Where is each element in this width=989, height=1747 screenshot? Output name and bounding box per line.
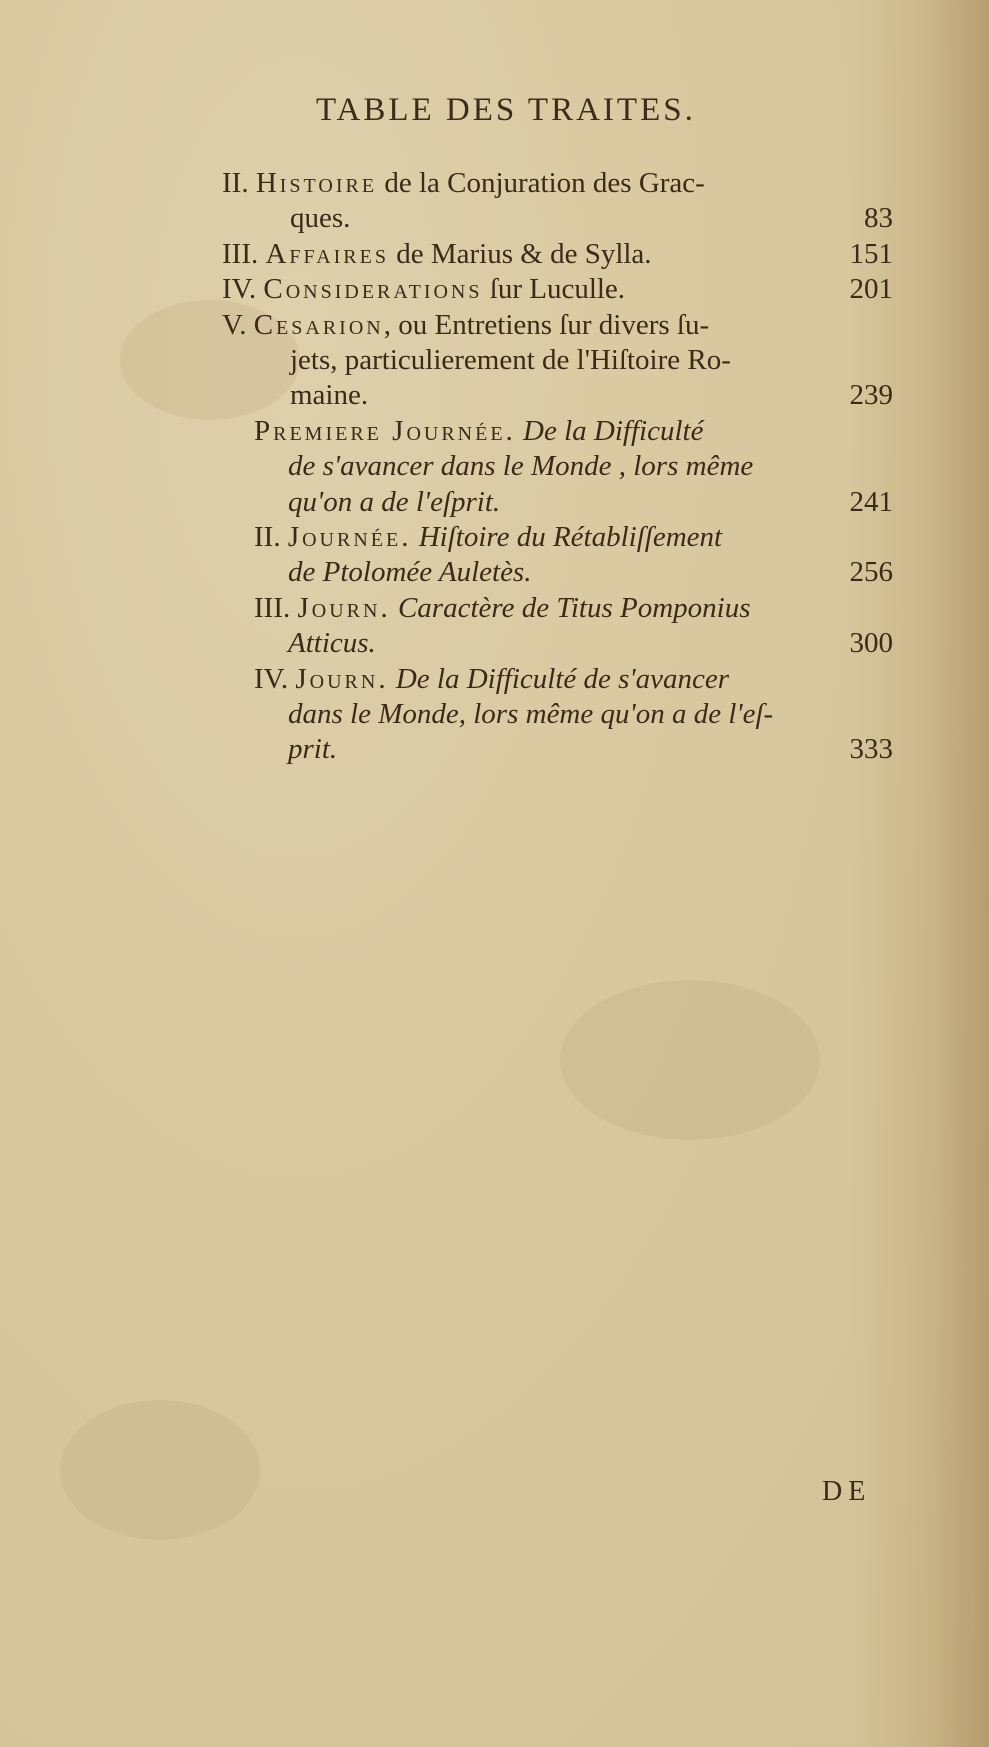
- entry-continuation: maine.: [290, 379, 368, 411]
- page-number: 201: [850, 271, 894, 307]
- toc-line: II. Journée. Hiſtoire du Rétabliſſement: [0, 519, 989, 555]
- entry-title-caps: Premiere Journée.: [254, 415, 516, 447]
- entry-title-caps: Considerations: [263, 273, 482, 305]
- catchword: DE: [822, 1476, 871, 1508]
- toc-line: ques.83: [0, 200, 989, 236]
- toc-line: IV. Considerations ſur Luculle.201: [0, 271, 989, 307]
- toc-line: jets, particulierement de l'Hiſtoire Ro-: [0, 342, 989, 378]
- entry-title-caps: Affaires: [265, 238, 389, 270]
- toc-line: III. Journ. Caractère de Titus Pomponius: [0, 590, 989, 626]
- toc-line: dans le Monde, lors même qu'on a de l'eſ…: [0, 696, 989, 732]
- entry-subtitle: Hiſtoire du Rétabliſſement: [411, 521, 722, 553]
- page-number: 256: [850, 554, 894, 590]
- entry-continuation: jets, particulierement de l'Hiſtoire Ro-: [290, 344, 731, 376]
- entry-continuation: ques.: [290, 202, 350, 234]
- toc-line: de s'avancer dans le Monde , lors même: [0, 448, 989, 484]
- entry-continuation: Atticus.: [288, 627, 376, 659]
- entry-subtitle: Caractère de Titus Pomponius: [391, 592, 751, 624]
- page-number: 83: [864, 200, 893, 236]
- toc-line: qu'on a de l'eſprit.241: [0, 484, 989, 520]
- entry-numeral: II.: [254, 521, 288, 553]
- entry-subtitle: De la Difficulté: [516, 415, 704, 447]
- page-number: 151: [850, 236, 894, 272]
- toc-line: II. Histoire de la Conjuration des Grac-: [0, 165, 989, 201]
- entry-continuation: de s'avancer dans le Monde , lors même: [288, 450, 753, 482]
- toc-line: IV. Journ. De la Difficulté de s'avancer: [0, 661, 989, 697]
- entry-numeral: IV.: [254, 663, 295, 695]
- paper-stain: [560, 980, 820, 1140]
- entry-text: , ou Entretiens ſur divers ſu-: [384, 309, 709, 341]
- entry-numeral: III.: [222, 238, 265, 270]
- toc-line: III. Affaires de Marius & de Sylla.151: [0, 236, 989, 272]
- toc-line: prit.333: [0, 731, 989, 767]
- toc-line: de Ptolomée Auletès.256: [0, 554, 989, 590]
- entry-title-caps: Cesarion: [254, 309, 384, 341]
- entry-text: de Marius & de Sylla.: [389, 238, 652, 270]
- entry-numeral: II.: [222, 167, 256, 199]
- page-number: 333: [850, 731, 894, 767]
- paper-stain: [60, 1400, 260, 1540]
- entry-numeral: III.: [254, 592, 297, 624]
- book-page: TABLE DES TRAITES. II. Histoire de la Co…: [0, 0, 989, 1747]
- entry-continuation: prit.: [288, 733, 337, 765]
- entry-continuation: dans le Monde, lors même qu'on a de l'eſ…: [288, 698, 773, 730]
- page-number: 300: [850, 625, 894, 661]
- entry-continuation: qu'on a de l'eſprit.: [288, 486, 500, 518]
- page-number: 241: [850, 484, 894, 520]
- toc-line: Premiere Journée. De la Difficulté: [0, 413, 989, 449]
- entry-numeral: V.: [222, 309, 254, 341]
- entry-subtitle: De la Difficulté de s'avancer: [389, 663, 729, 695]
- entry-text: de la Conjuration des Grac-: [377, 167, 705, 199]
- toc-line: V. Cesarion, ou Entretiens ſur divers ſu…: [0, 307, 989, 343]
- entry-title-caps: Journée.: [288, 521, 412, 553]
- entry-title-caps: Journ.: [295, 663, 388, 695]
- entry-continuation: de Ptolomée Auletès.: [288, 556, 531, 588]
- toc-line: maine.239: [0, 377, 989, 413]
- page-number: 239: [850, 377, 894, 413]
- entry-title-caps: Journ.: [297, 592, 390, 624]
- entry-title-caps: Histoire: [256, 167, 377, 199]
- page-title: TABLE DES TRAITES.: [316, 92, 796, 129]
- entry-text: ſur Luculle.: [483, 273, 626, 305]
- entry-numeral: IV.: [222, 273, 263, 305]
- toc-line: Atticus.300: [0, 625, 989, 661]
